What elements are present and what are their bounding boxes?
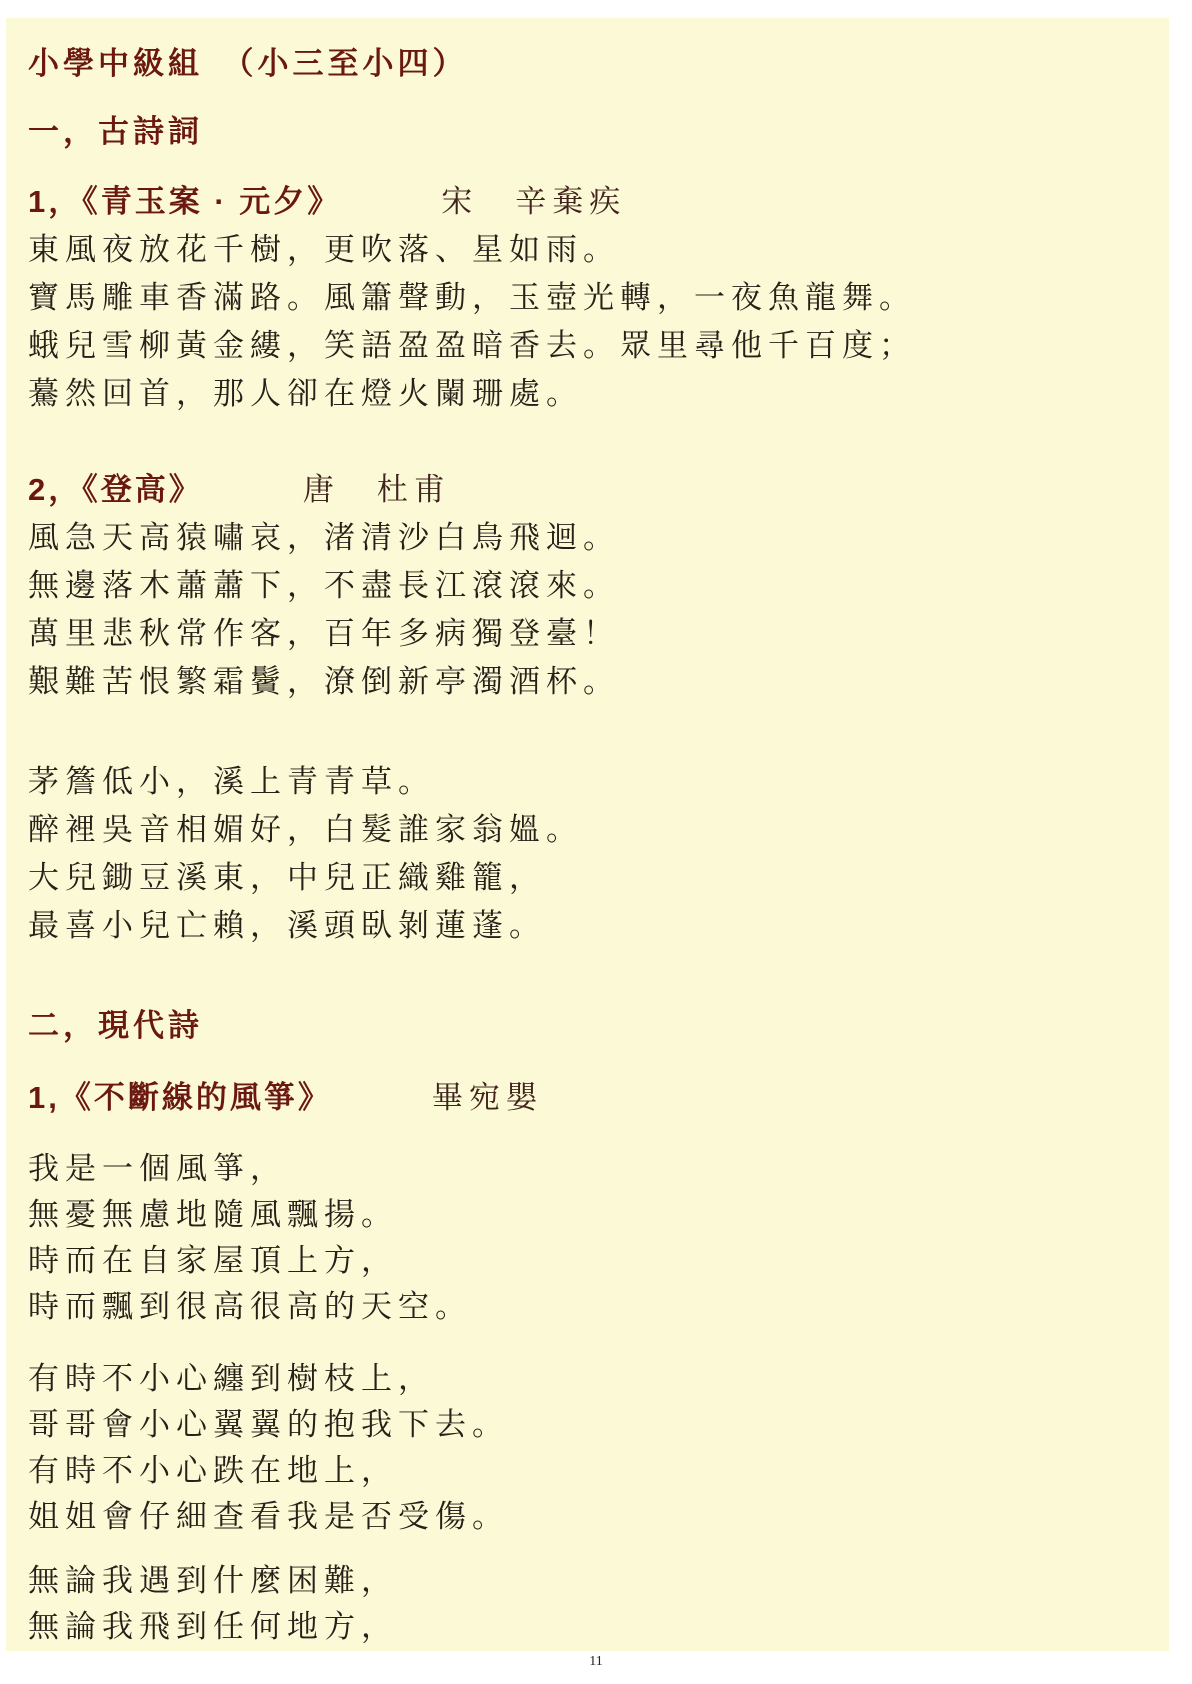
poem-body: 茅簷低小，溪上青青草。 醉裡吳音相媚好，白髮誰家翁媼。 大兒鋤豆溪東，中兒正織雞…: [28, 758, 1139, 950]
section-heading-classical: 一，古詩詞: [28, 112, 1139, 152]
poem-line: 蛾兒雪柳黃金縷，笑語盈盈暗香去。眾里尋他千百度；: [28, 322, 1139, 370]
poem-stanza: 我是一個風箏， 無憂無慮地隨風飄揚。 時而在自家屋頂上方， 時而飄到很高很高的天…: [28, 1146, 1139, 1330]
document-page: 小學中級組 （小三至小四） 一，古詩詞 1，《青玉案 · 元夕》宋 辛棄疾 東風…: [0, 0, 1192, 1684]
poem-title: 1,《不斷線的風箏》: [28, 1080, 332, 1115]
poem-line: 東風夜放花千樹，更吹落、星如雨。: [28, 226, 1139, 274]
poem-stanza: 無論我遇到什麼困難， 無論我飛到任何地方，: [28, 1558, 1139, 1650]
poem-stanza: 有時不小心纏到樹枝上， 哥哥會小心翼翼的抱我下去。 有時不小心跌在地上， 姐姐會…: [28, 1356, 1139, 1540]
poem-title-row: 1,《不斷線的風箏》畢宛嬰: [28, 1078, 1139, 1118]
section-heading-modern: 二，現代詩: [28, 1006, 1139, 1046]
page-number: 11: [0, 1654, 1192, 1670]
poem-body: 東風夜放花千樹，更吹落、星如雨。 寶馬雕車香滿路。風簫聲動，玉壺光轉，一夜魚龍舞…: [28, 226, 1139, 418]
poem-line: 有時不小心跌在地上，: [28, 1448, 1139, 1494]
poem-line: 艱難苦恨繁霜鬢，潦倒新亭濁酒杯。: [28, 658, 1139, 706]
poem-line: 寶馬雕車香滿路。風簫聲動，玉壺光轉，一夜魚龍舞。: [28, 274, 1139, 322]
poem-title-row: 2，《登高》唐 杜甫: [28, 470, 1139, 510]
poem-line: 茅簷低小，溪上青青草。: [28, 758, 1139, 806]
poem-line: 無論我飛到任何地方，: [28, 1604, 1139, 1650]
poem-line: 風急天高猿嘯哀，渚清沙白鳥飛迴。: [28, 514, 1139, 562]
poem-line: 姐姐會仔細查看我是否受傷。: [28, 1494, 1139, 1540]
poem-line: 無論我遇到什麼困難，: [28, 1558, 1139, 1604]
poem-body: 風急天高猿嘯哀，渚清沙白鳥飛迴。 無邊落木蕭蕭下，不盡長江滾滾來。 萬里悲秋常作…: [28, 514, 1139, 706]
poem-line: 驀然回首，那人卻在燈火闌珊處。: [28, 370, 1139, 418]
poem-line: 萬里悲秋常作客，百年多病獨登臺！: [28, 610, 1139, 658]
poem-line: 大兒鋤豆溪東，中兒正織雞籠，: [28, 854, 1139, 902]
poem-author: 畢宛嬰: [432, 1080, 543, 1115]
page-title: 小學中級組 （小三至小四）: [28, 44, 1139, 84]
poem-line: 無邊落木蕭蕭下，不盡長江滾滾來。: [28, 562, 1139, 610]
poem-line: 有時不小心纏到樹枝上，: [28, 1356, 1139, 1402]
poem-line: 最喜小兒亡賴，溪頭臥剝蓮蓬。: [28, 902, 1139, 950]
poem-author: 宋 辛棄疾: [441, 184, 626, 219]
poem-title: 2，《登高》: [28, 472, 203, 507]
content-sheet: 小學中級組 （小三至小四） 一，古詩詞 1，《青玉案 · 元夕》宋 辛棄疾 東風…: [6, 18, 1169, 1651]
poem-line: 我是一個風箏，: [28, 1146, 1139, 1192]
poem-line: 時而飄到很高很高的天空。: [28, 1284, 1139, 1330]
poem-title-row: 1，《青玉案 · 元夕》宋 辛棄疾: [28, 182, 1139, 222]
poem-line: 哥哥會小心翼翼的抱我下去。: [28, 1402, 1139, 1448]
poem-line: 無憂無慮地隨風飄揚。: [28, 1192, 1139, 1238]
poem-line: 時而在自家屋頂上方，: [28, 1238, 1139, 1284]
poem-author: 唐 杜甫: [303, 472, 451, 507]
poem-line: 醉裡吳音相媚好，白髮誰家翁媼。: [28, 806, 1139, 854]
poem-title: 1，《青玉案 · 元夕》: [28, 184, 341, 219]
